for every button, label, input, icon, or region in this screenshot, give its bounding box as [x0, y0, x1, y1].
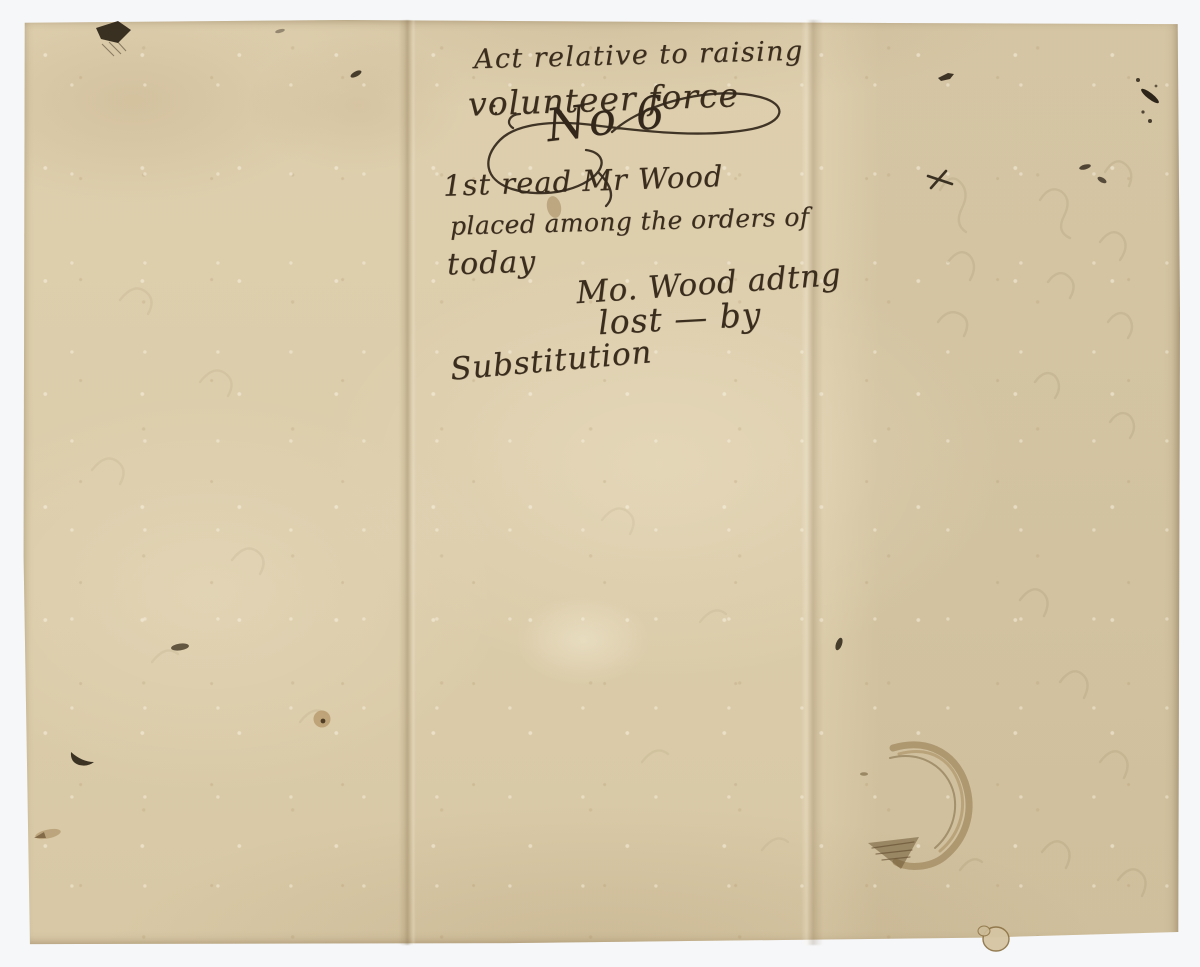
scanned-document: Act relative to raising volunteer force … — [0, 0, 1200, 967]
manuscript-page — [23, 20, 1180, 945]
paper-texture — [23, 20, 1180, 945]
